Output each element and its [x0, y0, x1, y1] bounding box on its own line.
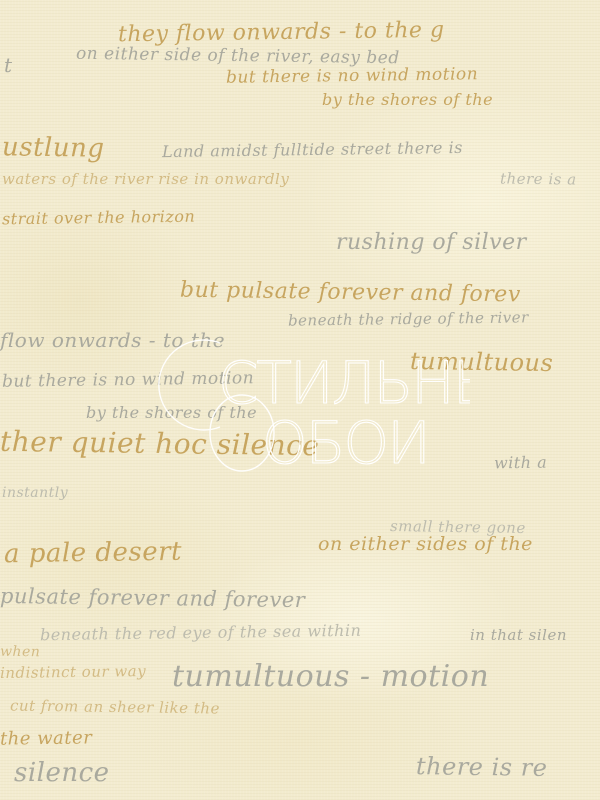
script-text-line: in that silen	[470, 628, 567, 643]
script-text-line: pulsate forever and forever	[0, 586, 305, 611]
script-text-line: Land amidst fulltide street there is	[162, 140, 463, 160]
script-text-line: a pale desert	[4, 539, 182, 567]
script-text-line: t	[4, 55, 13, 75]
wallpaper-texture: they flow onwards - to the gton either s…	[0, 0, 600, 800]
script-text-line: by the shores of the	[86, 405, 257, 421]
script-text-line: tumultuous	[410, 349, 554, 375]
script-text-line: with a	[494, 455, 547, 472]
script-text-line: strait over the horizon	[2, 209, 195, 228]
script-text-line: rushing of silver	[336, 232, 527, 254]
script-text-line: when	[0, 645, 40, 660]
script-text-line: indistinct our way	[0, 664, 146, 681]
script-text-line: ther quiet hoc silence	[0, 428, 320, 460]
script-text-line: on either sides of the	[318, 535, 533, 554]
script-text-line: cut from an sheer like the	[10, 699, 220, 717]
script-text-line: waters of the river rise in onwardly	[2, 172, 289, 187]
script-text-line: but pulsate forever and forev	[180, 280, 521, 307]
script-text-line: there is a	[500, 171, 577, 187]
script-text-line: beneath the red eye of the sea within	[40, 623, 362, 643]
script-text-line: they flow onwards - to the g	[118, 20, 445, 47]
script-text-line: by the shores of the	[322, 92, 493, 108]
script-text-line: tumultuous - motion	[172, 662, 489, 692]
script-text-line: but there is no wind motion	[226, 66, 478, 87]
script-text-line: on either side of the river, easy bed	[76, 46, 400, 68]
script-text-line: flow onwards - to the	[0, 330, 225, 350]
script-text-line: beneath the ridge of the river	[288, 310, 529, 328]
script-text-line: there is re	[416, 754, 548, 780]
script-text-line: instantly	[2, 486, 68, 500]
script-text-line: the water	[0, 729, 92, 748]
script-text-line: silence	[14, 760, 110, 786]
script-text-line: but there is no wind motion	[2, 370, 254, 391]
script-text-line: ustlung	[2, 134, 105, 161]
